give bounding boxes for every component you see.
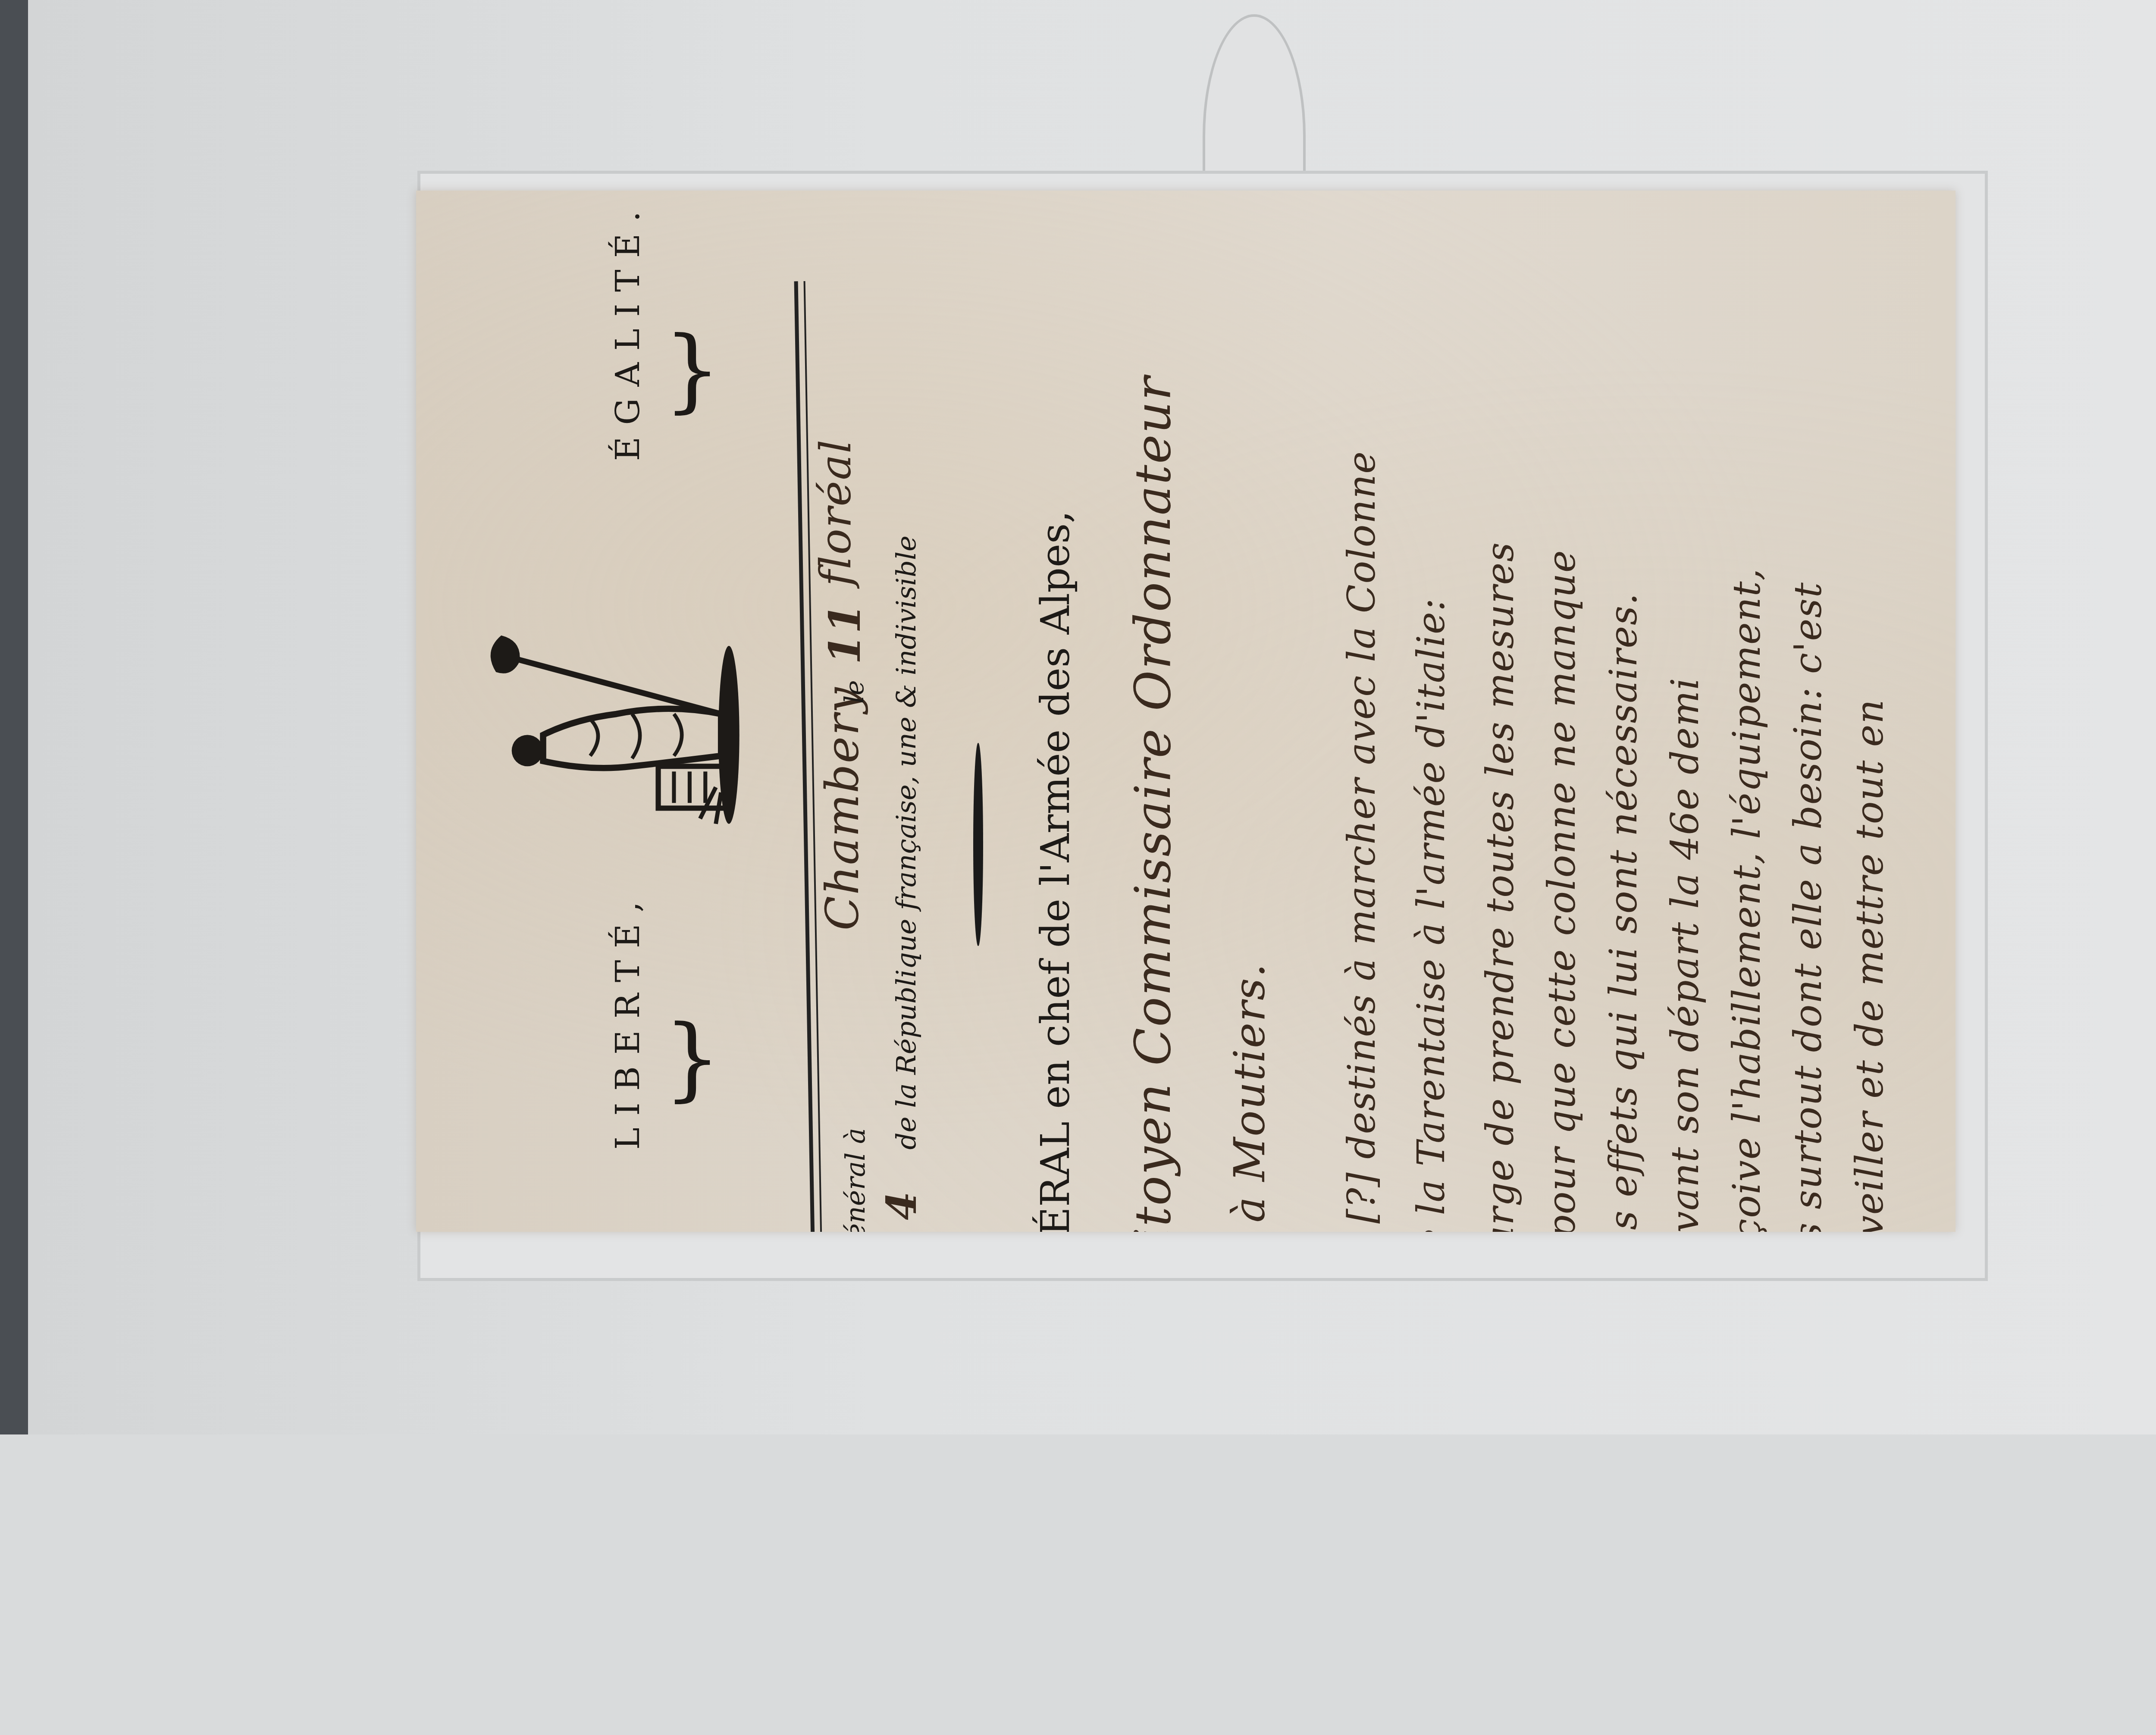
frame-edge bbox=[0, 0, 28, 1434]
liberty-figure-vignette-icon bbox=[486, 602, 747, 868]
decorative-rule bbox=[973, 743, 983, 946]
date-connector: le bbox=[840, 680, 870, 704]
body-line: d'aucun des effets qui lui sont nécessai… bbox=[1601, 592, 1645, 1232]
handwritten-day: 11 bbox=[819, 603, 870, 664]
body-line: les souliers surtout dont elle a besoin:… bbox=[1786, 582, 1830, 1232]
handwritten-city: Chambery bbox=[816, 686, 869, 930]
body-line: qui part de la Tarentaise à l'armée d'it… bbox=[1409, 598, 1453, 1232]
body-line: possibles, pour que cette colonne ne man… bbox=[1540, 549, 1584, 1232]
body-line: il faut qu'avant son départ la 46e demi bbox=[1663, 677, 1707, 1232]
body-line: je vous charge de prendre toutes les mes… bbox=[1478, 542, 1522, 1232]
brace-ornament-right-icon: } bbox=[663, 317, 721, 423]
general-title: LE GÉNÉRAL en chef de l'Armée des Alpes, bbox=[1032, 510, 1078, 1232]
headquarters-line: Au Quartier Général à bbox=[840, 1128, 871, 1232]
photo-scene: ARMÉE DES ALPES. LIBERTÉ, } ÉGALITÉ. } bbox=[0, 0, 2156, 1434]
motto-liberte: LIBERTÉ, bbox=[608, 890, 647, 1150]
handwritten-year: 4 bbox=[878, 1191, 926, 1220]
body-line: Vingt-trois [?] destinés à marcher avec … bbox=[1340, 451, 1384, 1232]
brace-ornament-left-icon: } bbox=[663, 1005, 721, 1111]
mat-notch bbox=[1203, 14, 1306, 189]
republic-line: de la République française, une & indivi… bbox=[890, 536, 922, 1149]
letter-document: ARMÉE DES ALPES. LIBERTÉ, } ÉGALITÉ. } bbox=[416, 191, 1955, 1232]
recipient-line-1: Au Citoyen Commissaire Ordonnateur bbox=[1124, 376, 1182, 1232]
letter-portrait-content: ARMÉE DES ALPES. LIBERTÉ, } ÉGALITÉ. } bbox=[416, 191, 1955, 1232]
handwritten-month: floréal bbox=[810, 439, 861, 586]
recipient-line-2: Bourquin à Moutiers. bbox=[1224, 963, 1275, 1232]
motto-egalite: ÉGALITÉ. bbox=[608, 200, 647, 461]
body-line: brigade reçoive l'habillement, l'équipem… bbox=[1725, 568, 1769, 1232]
body-line: à vous d'y veiller et de mettre tout en bbox=[1848, 699, 1892, 1232]
